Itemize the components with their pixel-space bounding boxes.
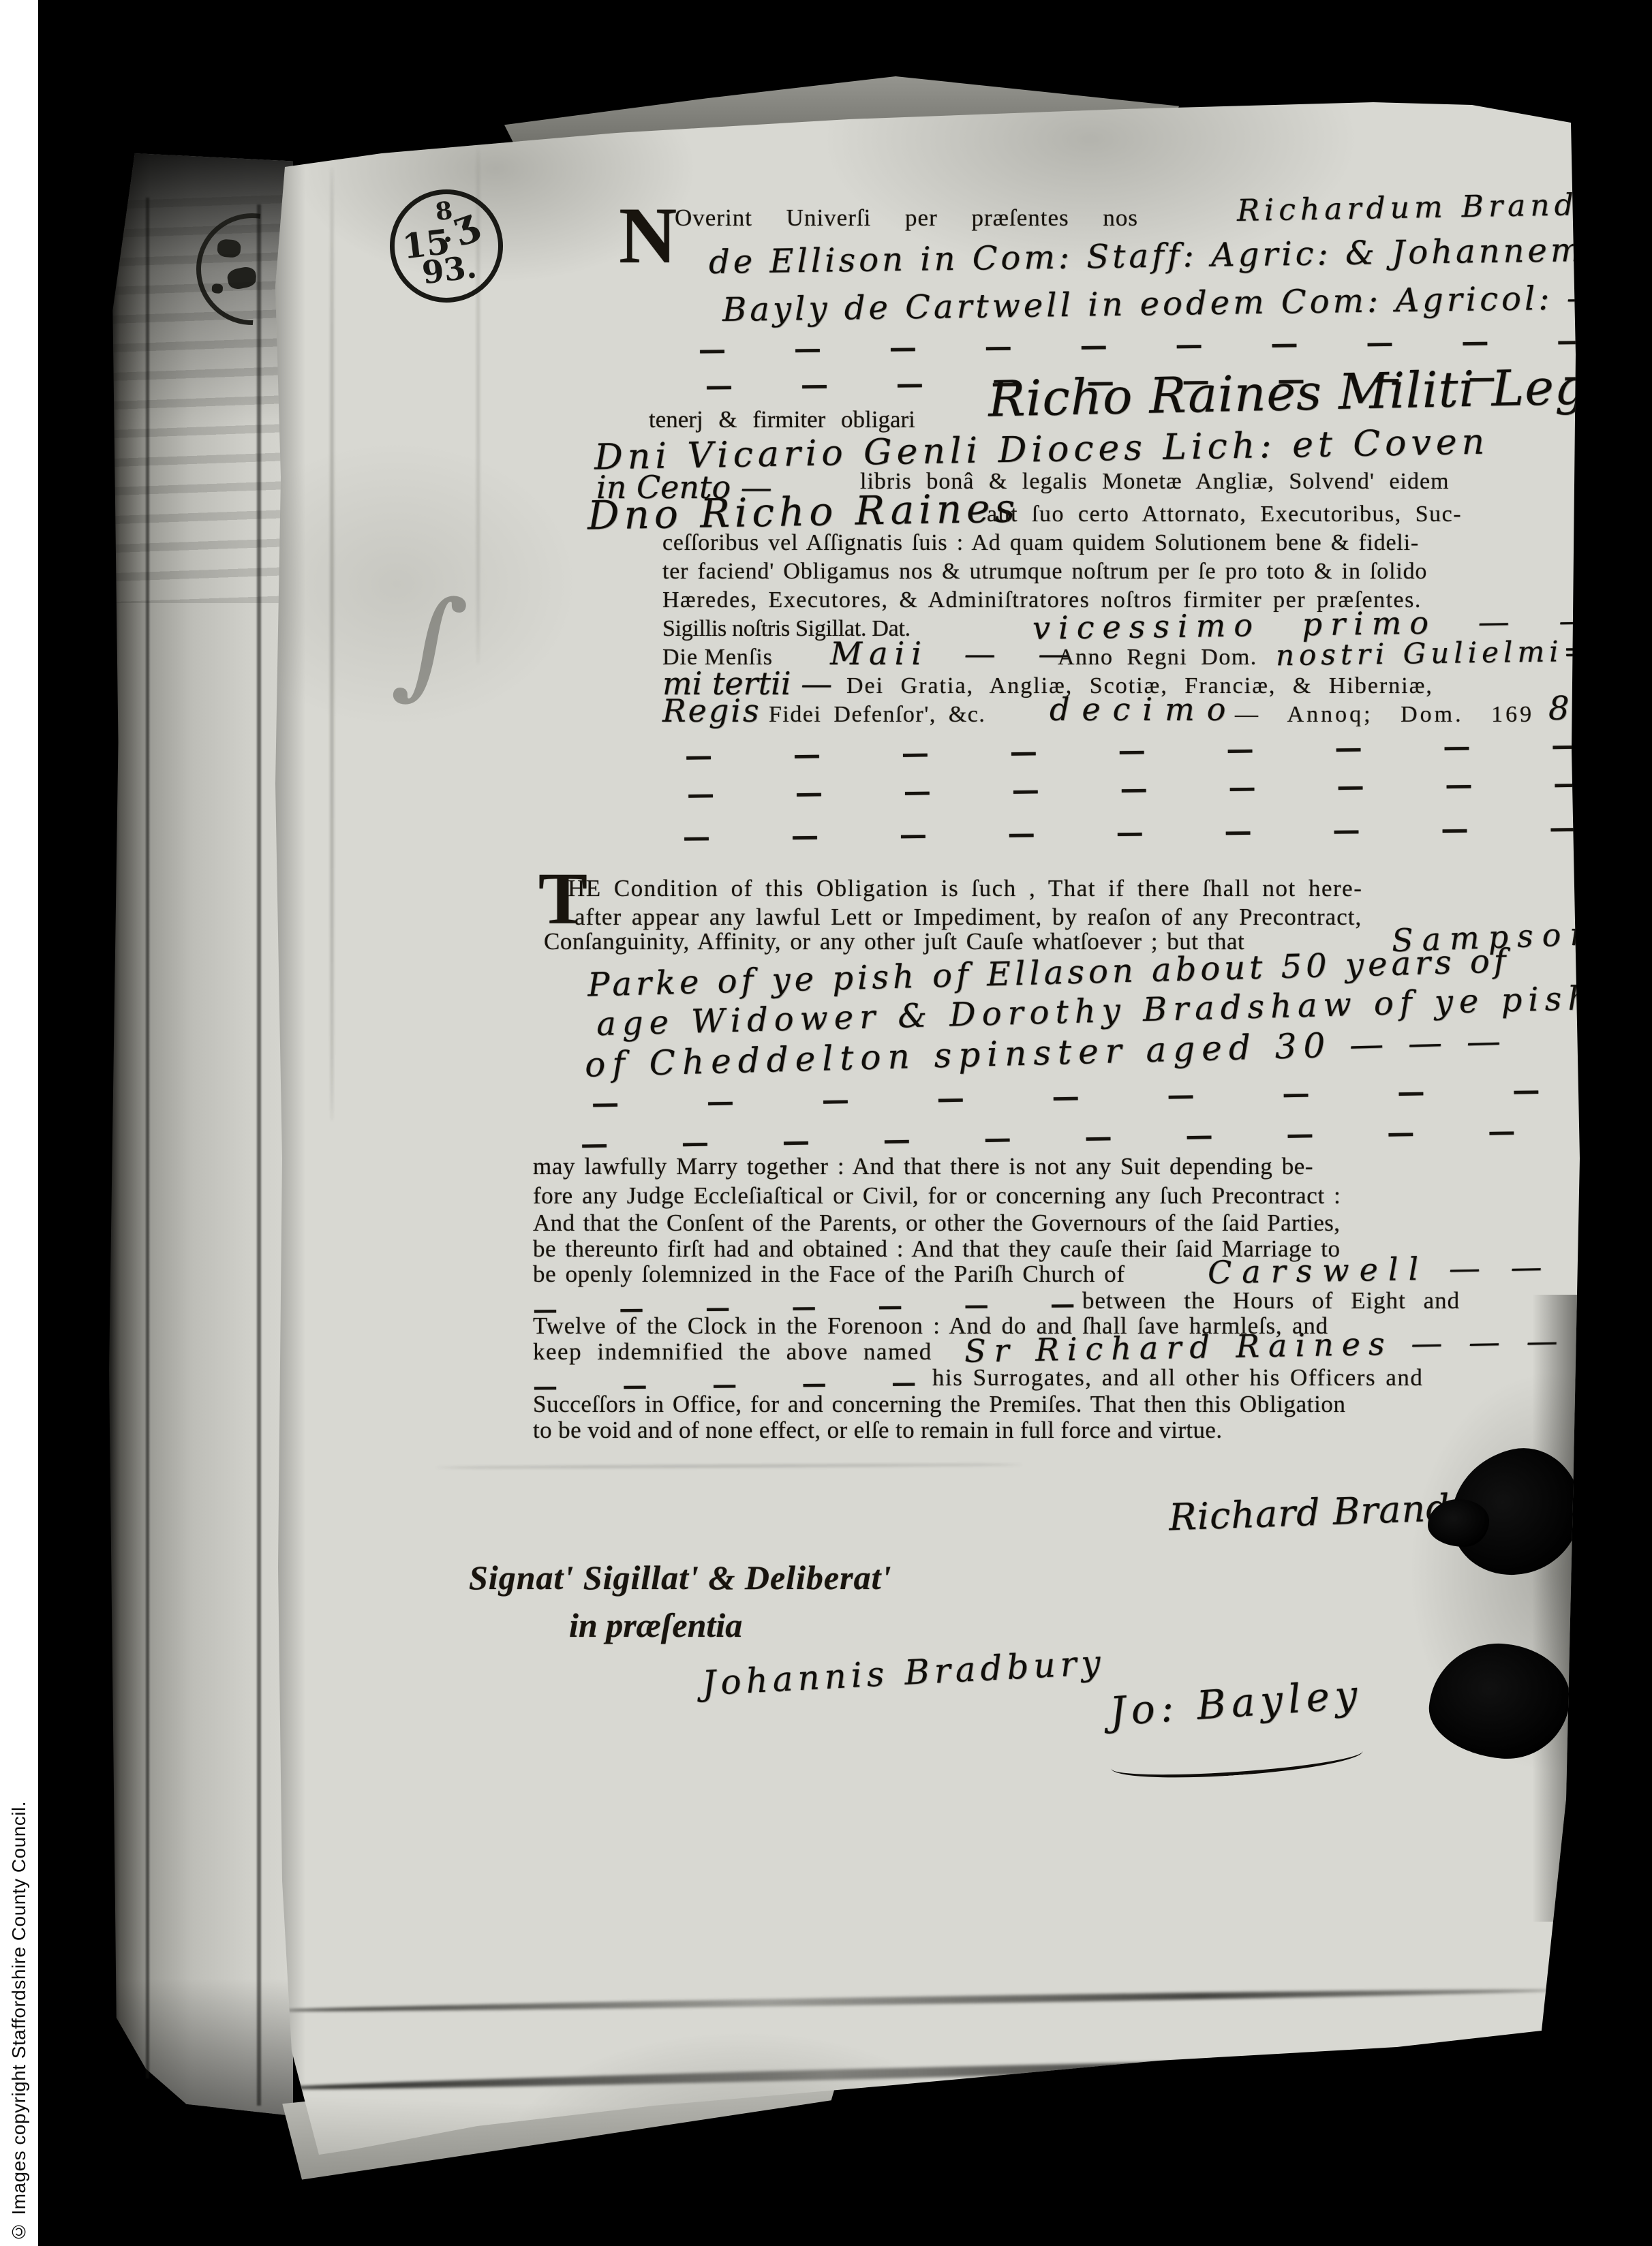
dash-row: — — — — — — — — — — [699,327,1585,364]
paper-stack-edges [109,153,293,2116]
witness-signature: Johannis Bradbury [701,1646,1106,1701]
condition-line1: HE Condition of this Obligation is ſuch … [568,876,1362,900]
annoq-print: — Annoq; Dom. 169 [1235,703,1534,726]
obligee-name2-script: Dno Richo Raines [587,488,1020,535]
attestation-line1: Signat' Sigillat' & Deliberat' [469,1560,891,1595]
church-name-script: Carswell — — [1208,1251,1552,1289]
bayley-signature: Jo: Bayley [1108,1674,1364,1732]
archival-scan: © Images copyright Staffordshire County … [0,0,1652,2246]
opening-script-line2: de Ellison in Com: Staff: Agric: & Johan… [709,234,1585,279]
opening-script-line3: Bayly de Cartwell in eodem Com: Agricol:… [722,281,1603,326]
crease-line [436,1464,1022,1469]
covenant-line1: may lawfully Marry together : And that t… [533,1154,1313,1178]
dash-row: — — — — — — — — — [683,814,1577,851]
faciend-print: ter faciend' Obligamus nos & utrumque no… [662,560,1427,583]
crease-line [276,2053,1503,2093]
opening-obligor-name: Richardum Brandon [1237,189,1625,226]
wax-seal-top-blob [1428,1499,1489,1547]
page-edge-seam [146,198,149,2078]
successors-print: ceſſoribus vel Aſſignatis ſuis : Ad quam… [662,532,1419,555]
archive-date-stamp: 15 8 · ʒ 93. [384,183,510,309]
signature-flourish [1110,1736,1364,1784]
obligee-english-script: Sr Richard Raines — — — [964,1325,1566,1366]
covenant-line3: And that the Conſent of the Parents, or … [533,1211,1340,1235]
teneri-print: tenerj & firmiter obligari [649,407,915,431]
attorney-print: aut ſuo certo Attornato, Executoribus, S… [987,503,1462,526]
dash-row: — — — — — — — — — [687,770,1581,808]
opening-print-line1: Overint Univerſi per præſentes nos [675,206,1138,230]
dash-row: — — — — — — — — — — [581,1118,1516,1158]
year-digit-script: 8 [1548,692,1570,725]
condition-line2: after appear any lawful Lett or Impedime… [575,905,1362,929]
ink-bleedthrough-mark: ∫ [388,568,473,719]
attestation-line2: in præſentia [569,1608,742,1642]
dash-row: — — — — — — — — — [685,732,1579,770]
anno-regni-print: Anno Regni Dom. [1058,646,1257,669]
covenant-line10: Succeſſors in Office, for and concerning… [533,1392,1346,1416]
crease-line [283,1986,1557,2014]
covenant-line8-print: keep indemnified the above named [533,1340,932,1364]
dash-row: — — — — — — — — — [592,1077,1540,1117]
covenant-line11: to be void and of none effect, or elſe t… [533,1418,1223,1442]
page-edge-seam [257,204,261,2106]
copyright-text: © Images copyright Staffordshire County … [8,1801,30,2242]
regnal-year-script: decimo [1050,694,1238,725]
stamp-year: 93. [420,248,478,291]
condition-line3: Conſanguinity, Affinity, or any other ju… [544,929,1244,953]
covenant-line2: fore any Judge Eccleſiaſtical or Civil, … [533,1184,1341,1207]
drop-cap-n: N [619,204,677,267]
covenant-line5-print: be openly ſolemnized in the Face of the … [533,1262,1125,1286]
copyright-strip: © Images copyright Staffordshire County … [0,0,38,2246]
fidei-print: Fidei Defenſor', &c. [769,703,985,726]
obligee-name-large: Richo Raines Militi Legu [988,361,1619,423]
regis-script: Regis [662,695,761,726]
covenant-line6-print: between the Hours of Eight and [1082,1289,1460,1312]
fold-line [331,167,333,1121]
king-name-script1: nostri Gulielmi= [1276,637,1592,670]
bond-month-script: Maii — — [830,638,1076,669]
covenant-line9-print: his Surrogates, and all other his Office… [932,1366,1423,1389]
page-edge-shading [1532,1295,1581,1922]
